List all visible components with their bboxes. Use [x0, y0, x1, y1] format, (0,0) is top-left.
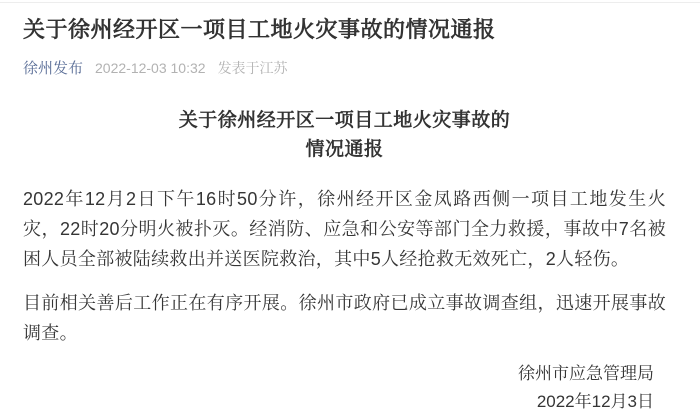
signature-org: 徐州市应急管理局 — [23, 360, 654, 388]
article-page: 关于徐州经开区一项目工地火灾事故的情况通报 徐州发布 2022-12-03 10… — [0, 0, 700, 410]
publish-location: 发表于江苏 — [218, 59, 288, 77]
signature-date: 2022年12月3日 — [23, 388, 654, 410]
signature-block: 徐州市应急管理局 2022年12月3日 — [23, 360, 654, 410]
notice-title-line1: 关于徐州经开区一项目工地火灾事故的 — [23, 106, 666, 135]
notice-title: 关于徐州经开区一项目工地火灾事故的 情况通报 — [23, 106, 666, 164]
article-paragraph-2: 目前相关善后工作正在有序开展。徐州市政府已成立事故调查组，迅速开展事故调查。 — [23, 288, 666, 348]
article-paragraph-1: 2022年12月2日下午16时50分许，徐州经开区金凤路西侧一项目工地发生火灾，… — [23, 184, 666, 274]
byline: 徐州发布 2022-12-03 10:32 发表于江苏 — [23, 59, 666, 78]
article-title: 关于徐州经开区一项目工地火灾事故的情况通报 — [23, 14, 666, 46]
article-content: 关于徐州经开区一项目工地火灾事故的情况通报 徐州发布 2022-12-03 10… — [0, 0, 700, 410]
publish-time: 2022-12-03 10:32 — [95, 59, 206, 77]
top-divider — [0, 2, 700, 3]
notice-title-line2: 情况通报 — [23, 135, 666, 164]
account-name-link[interactable]: 徐州发布 — [23, 60, 83, 78]
